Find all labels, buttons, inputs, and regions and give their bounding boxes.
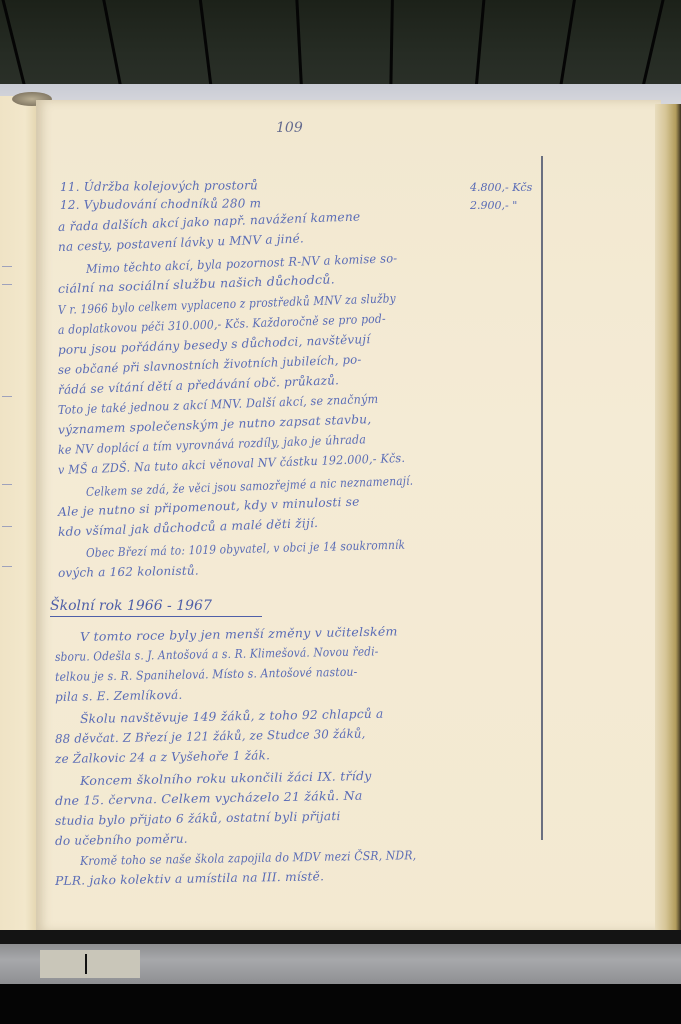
dark-floor: [0, 984, 681, 1024]
page-bottom-shadow: [0, 930, 681, 944]
shelf-label: [40, 950, 140, 978]
entry-amount: 4.800,- Kčs: [470, 181, 532, 194]
text-line: ových a 162 kolonistů.: [58, 564, 199, 580]
text-line: pila s. E. Zemlíková.: [55, 688, 183, 704]
page-number: 109: [276, 120, 303, 136]
page-stack-edge: [655, 104, 681, 930]
ceiling-background: [0, 0, 681, 92]
margin-rule: [541, 156, 543, 840]
left-page-edge: [0, 96, 37, 934]
entry-label: 11. Údržba kolejových prostorů: [60, 178, 258, 194]
entry-amount: 2.900,- ": [470, 199, 517, 212]
section-heading: Školní rok 1966 - 1967: [50, 598, 262, 617]
entry-label: 12. Vybudování chodníků 280 m: [60, 196, 261, 212]
text-line: do učebního poměru.: [55, 832, 188, 848]
